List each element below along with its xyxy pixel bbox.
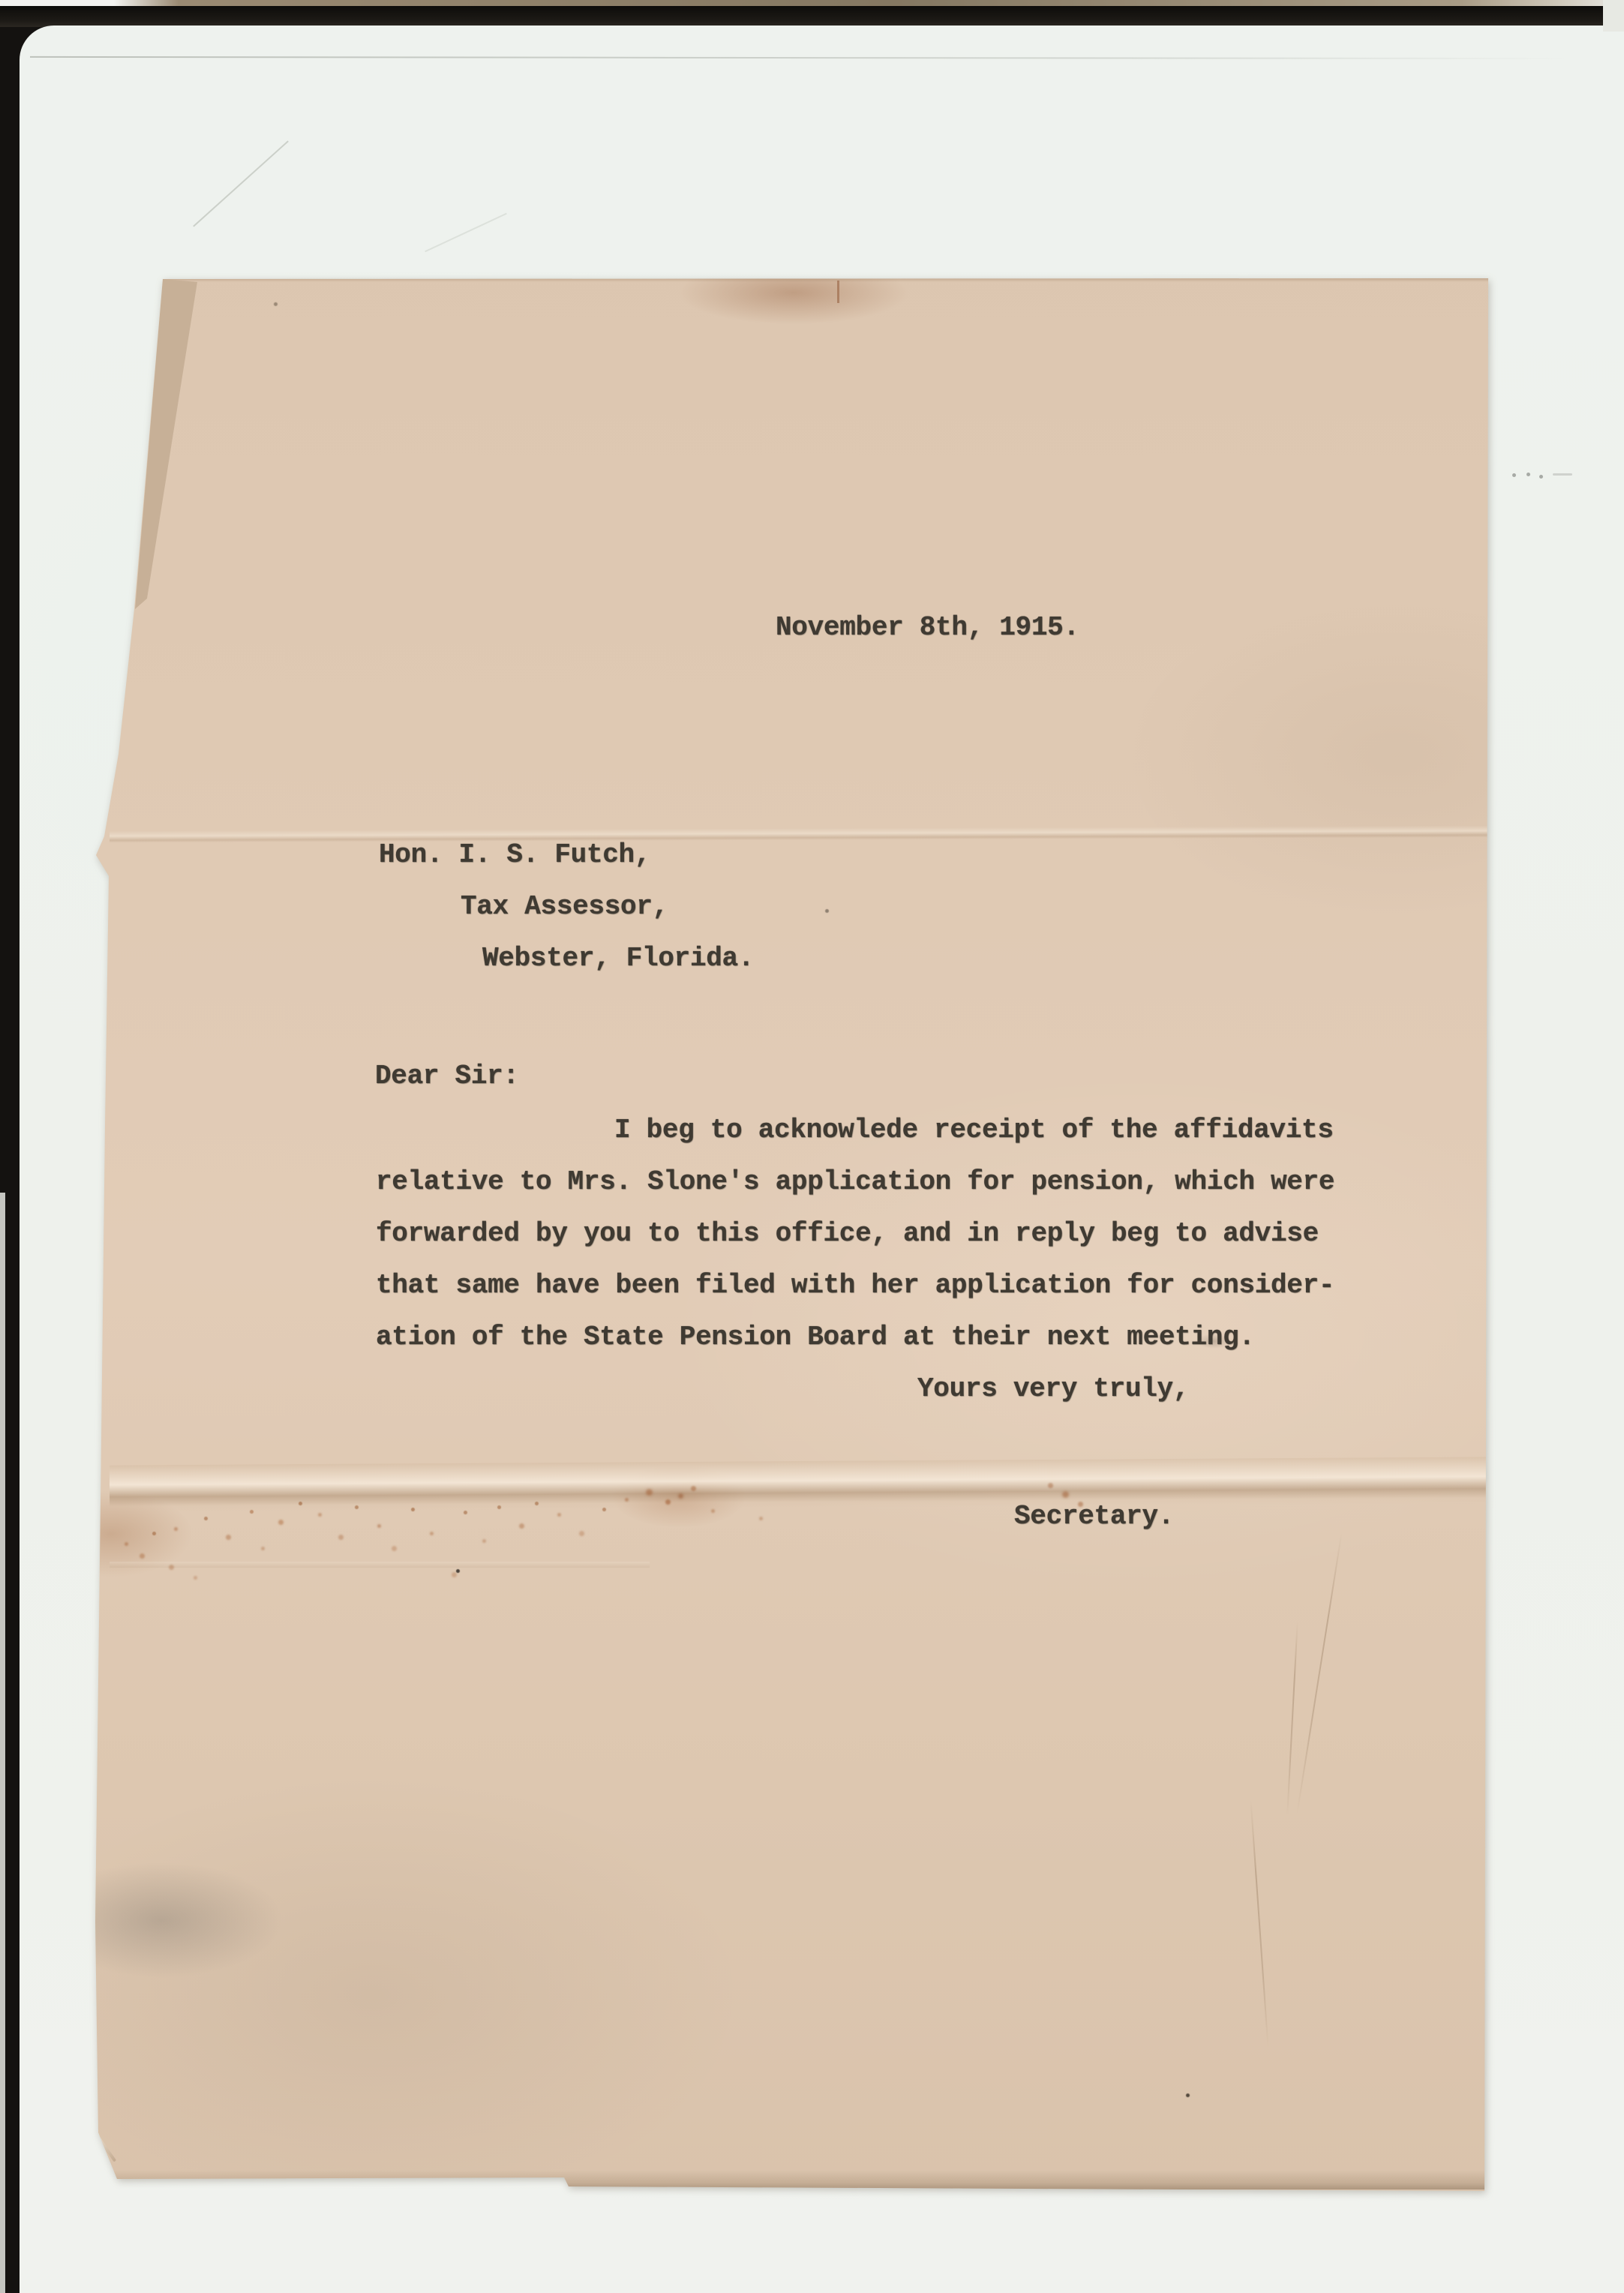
paper-crack-line bbox=[1296, 1532, 1342, 1814]
bottom-left-fold-tab bbox=[93, 2131, 116, 2162]
recipient-city-line: Webster, Florida. bbox=[482, 945, 754, 972]
paper-top-edge-shading bbox=[163, 278, 1488, 282]
minor-crease bbox=[110, 1562, 650, 1568]
upper-fold-crease bbox=[110, 825, 1487, 842]
signature-title-line: Secretary. bbox=[1014, 1503, 1174, 1530]
recipient-title-line: Tax Assessor, bbox=[461, 893, 668, 920]
paper-crack-line bbox=[1286, 1620, 1298, 1815]
recipient-name-line: Hon. I. S. Futch, bbox=[379, 842, 650, 869]
closing-line: Yours very truly, bbox=[917, 1376, 1189, 1403]
lower-fold-crease bbox=[110, 1457, 1487, 1511]
body-line-3: forwarded by you to this office, and in … bbox=[376, 1220, 1319, 1247]
rust-speckles bbox=[0, 0, 4, 4]
top-edge-stain-mark bbox=[837, 281, 839, 303]
paper-bottom-edge-shading bbox=[113, 2170, 1486, 2189]
salutation-line: Dear Sir: bbox=[375, 1063, 519, 1090]
top-left-corner-fold bbox=[0, 0, 1624, 2293]
date-line: November 8th, 1915. bbox=[776, 614, 1079, 641]
body-line-1: I beg to acknowlede receipt of the affid… bbox=[614, 1117, 1334, 1144]
body-line-2: relative to Mrs. Slone's application for… bbox=[376, 1169, 1334, 1196]
letter-paper: November 8th, 1915. Hon. I. S. Futch, Ta… bbox=[0, 0, 1624, 2293]
scanned-letter-page: November 8th, 1915. Hon. I. S. Futch, Ta… bbox=[0, 0, 1624, 2293]
body-line-4: that same have been filed with her appli… bbox=[376, 1272, 1334, 1299]
paper-crack-line bbox=[1250, 1800, 1268, 2047]
body-line-5: ation of the State Pension Board at thei… bbox=[376, 1324, 1255, 1351]
letter-paper-wrap: November 8th, 1915. Hon. I. S. Futch, Ta… bbox=[0, 0, 1624, 2293]
